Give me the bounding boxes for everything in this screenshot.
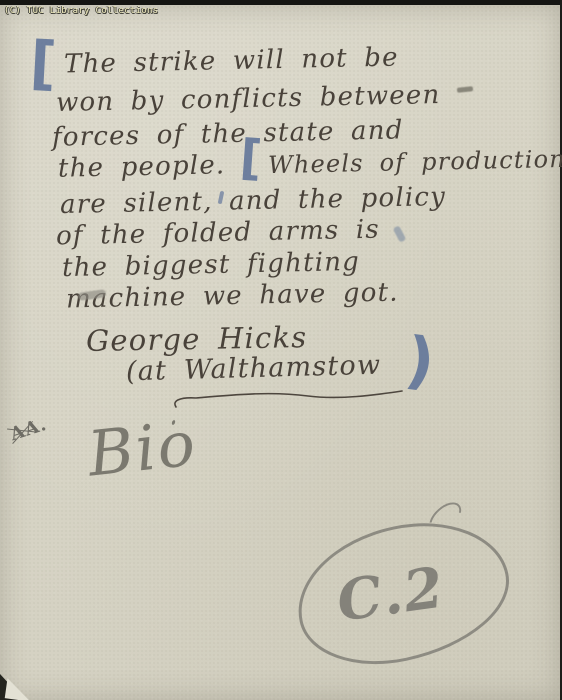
bio-pencil-note: Bio bbox=[84, 407, 200, 491]
handwriting-line-4a: the people. bbox=[58, 150, 226, 183]
scanned-document: (C) TUC Library Collections [ [ The stri… bbox=[0, 0, 562, 700]
copyright-watermark: (C) TUC Library Collections bbox=[4, 6, 158, 16]
scan-edge-top bbox=[0, 0, 562, 5]
signature-underline-flourish bbox=[170, 388, 408, 410]
classmark-text: C.2 bbox=[333, 554, 449, 634]
handwriting-line-7: the biggest fighting bbox=[62, 247, 361, 283]
paper-corner-fold bbox=[5, 678, 34, 700]
blue-open-bracket-mark: [ bbox=[29, 33, 59, 92]
